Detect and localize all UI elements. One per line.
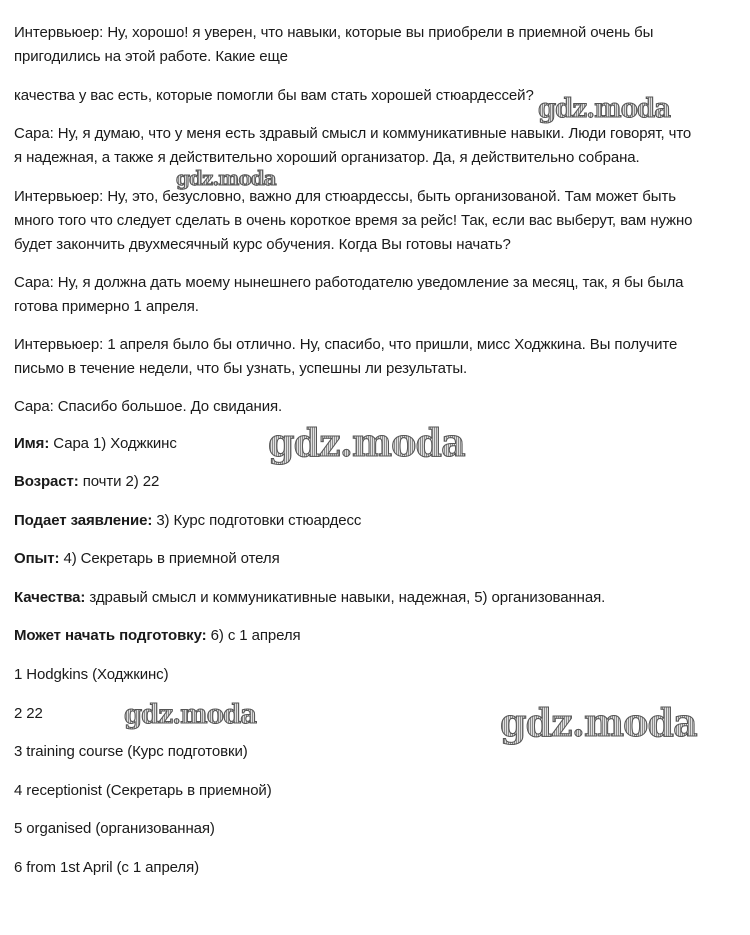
field-value: 3) Курс подготовки стюардесс — [152, 512, 361, 529]
field-label: Качества: — [14, 589, 85, 606]
field-label: Подает заявление: — [14, 512, 152, 529]
dialogue-line: Интервьюер: 1 апреля было бы отлично. Ну… — [14, 336, 677, 354]
dialogue-line: Интервьюер: Ну, хорошо! я уверен, что на… — [14, 24, 653, 42]
watermark: gdz.moda — [268, 420, 465, 465]
dialogue-text: Ну, это, безусловно, важно для стюардесс… — [103, 188, 676, 205]
speaker-label: Интервьюер: — [14, 336, 103, 353]
speaker-label: Интервьюер: — [14, 188, 103, 205]
dialogue-text: письмо в течение недели, что бы узнать, … — [14, 360, 467, 377]
speaker-label: Сара: — [14, 398, 54, 415]
watermark: gdz.moda — [176, 166, 276, 190]
dialogue-text: я надежная, а также я действительно хоро… — [14, 149, 640, 166]
dialogue-text: готова примерно 1 апреля. — [14, 298, 199, 315]
field-value: Сара 1) Ходжкинс — [49, 435, 177, 452]
answer-item: 2 22 — [14, 705, 43, 723]
dialogue-text: качества у вас есть, которые помогли бы … — [14, 87, 534, 104]
dialogue-line: готова примерно 1 апреля. — [14, 298, 199, 316]
dialogue-line: много того что следует сделать в очень к… — [14, 212, 692, 230]
dialogue-line: пригодились на этой работе. Какие еще — [14, 48, 288, 66]
dialogue-text: Ну, я должна дать моему нынешнего работо… — [54, 274, 684, 291]
field-label: Опыт: — [14, 550, 59, 567]
form-field-applying-for: Подает заявление: 3) Курс подготовки стю… — [14, 512, 361, 530]
dialogue-line: Сара: Ну, я должна дать моему нынешнего … — [14, 274, 683, 292]
dialogue-text: Ну, хорошо! я уверен, что навыки, которы… — [103, 24, 653, 41]
speaker-label: Сара: — [14, 125, 54, 142]
dialogue-line: письмо в течение недели, что бы узнать, … — [14, 360, 467, 378]
dialogue-line: качества у вас есть, которые помогли бы … — [14, 87, 534, 105]
field-label: Имя: — [14, 435, 49, 452]
watermark: gdz.moda — [500, 700, 697, 745]
dialogue-text: пригодились на этой работе. Какие еще — [14, 48, 288, 65]
dialogue-text: много того что следует сделать в очень к… — [14, 212, 692, 229]
dialogue-text: Ну, я думаю, что у меня есть здравый смы… — [54, 125, 691, 142]
dialogue-line: Сара: Спасибо большое. До свидания. — [14, 398, 282, 416]
speaker-label: Интервьюер: — [14, 24, 103, 41]
field-label: Возраст: — [14, 473, 79, 490]
dialogue-text: Спасибо большое. До свидания. — [54, 398, 282, 415]
speaker-label: Сара: — [14, 274, 54, 291]
form-field-name: Имя: Сара 1) Ходжкинс — [14, 435, 177, 453]
dialogue-text: 1 апреля было бы отлично. Ну, спасибо, ч… — [103, 336, 677, 353]
field-value: здравый смысл и коммуникативные навыки, … — [85, 589, 605, 606]
form-field-experience: Опыт: 4) Секретарь в приемной отеля — [14, 550, 280, 568]
watermark: gdz.moda — [538, 94, 670, 124]
dialogue-line: будет закончить двухмесячный курс обучен… — [14, 236, 511, 254]
dialogue-text: будет закончить двухмесячный курс обучен… — [14, 236, 511, 253]
answer-item: 3 training course (Курс подготовки) — [14, 743, 248, 761]
answer-item: 1 Hodgkins (Ходжкинс) — [14, 666, 168, 684]
watermark: gdz.moda — [124, 700, 256, 730]
dialogue-line: Сара: Ну, я думаю, что у меня есть здрав… — [14, 125, 691, 143]
form-field-qualities: Качества: здравый смысл и коммуникативны… — [14, 589, 605, 607]
form-field-start-date: Может начать подготовку: 6) с 1 апреля — [14, 627, 301, 645]
dialogue-line: Интервьюер: Ну, это, безусловно, важно д… — [14, 188, 676, 206]
field-value: 6) с 1 апреля — [207, 627, 301, 644]
form-field-age: Возраст: почти 2) 22 — [14, 473, 159, 491]
field-label: Может начать подготовку: — [14, 627, 207, 644]
answer-item: 6 from 1st April (с 1 апреля) — [14, 859, 199, 877]
dialogue-line: я надежная, а также я действительно хоро… — [14, 149, 640, 167]
answer-item: 4 receptionist (Секретарь в приемной) — [14, 782, 272, 800]
answer-item: 5 organised (организованная) — [14, 820, 215, 838]
field-value: почти 2) 22 — [79, 473, 160, 490]
field-value: 4) Секретарь в приемной отеля — [59, 550, 279, 567]
